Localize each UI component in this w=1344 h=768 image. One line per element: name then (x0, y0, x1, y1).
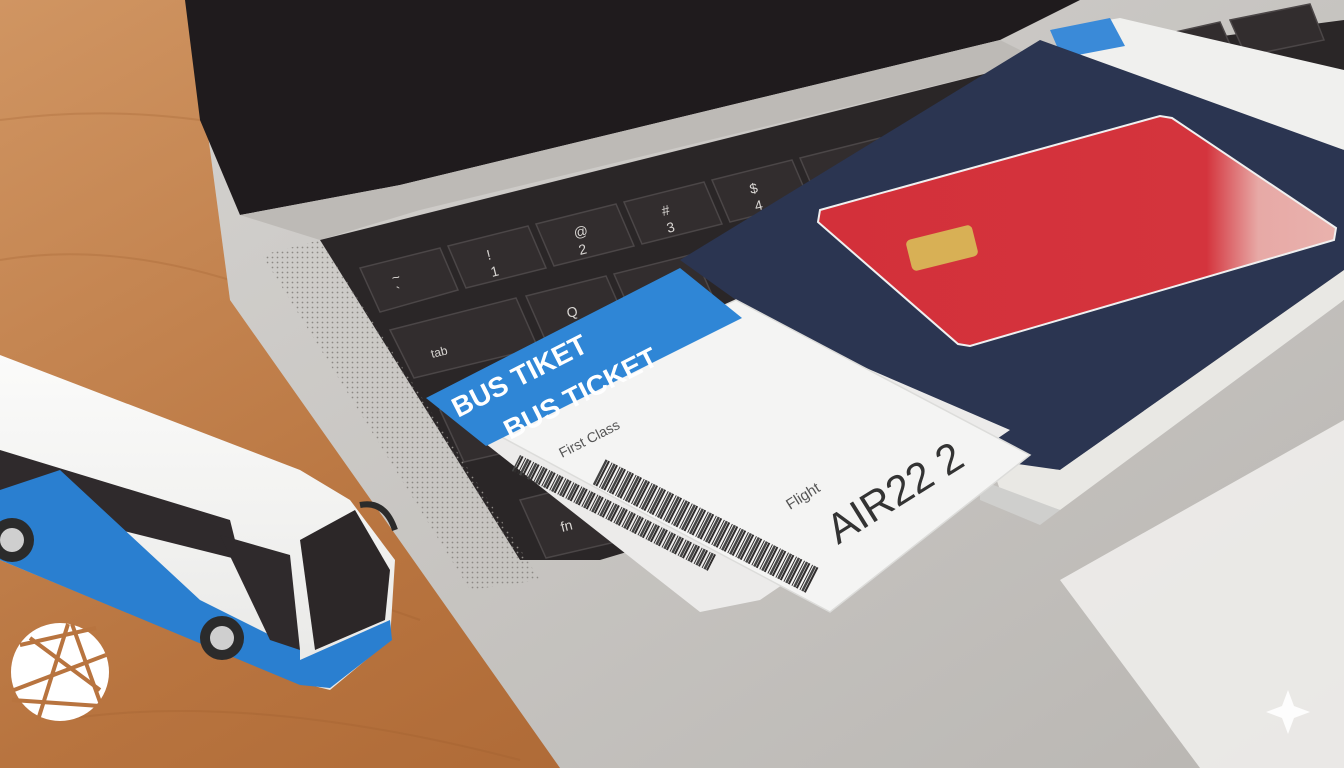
photo-scene: ~ ` ! 1 @ 2 # 3 $ 4 Q tab fn BUS TIKET B… (0, 0, 1344, 768)
geometric-circle-logo (11, 623, 109, 721)
scene-illustration: ~ ` ! 1 @ 2 # 3 $ 4 Q tab fn BUS TIKET B… (0, 0, 1344, 768)
